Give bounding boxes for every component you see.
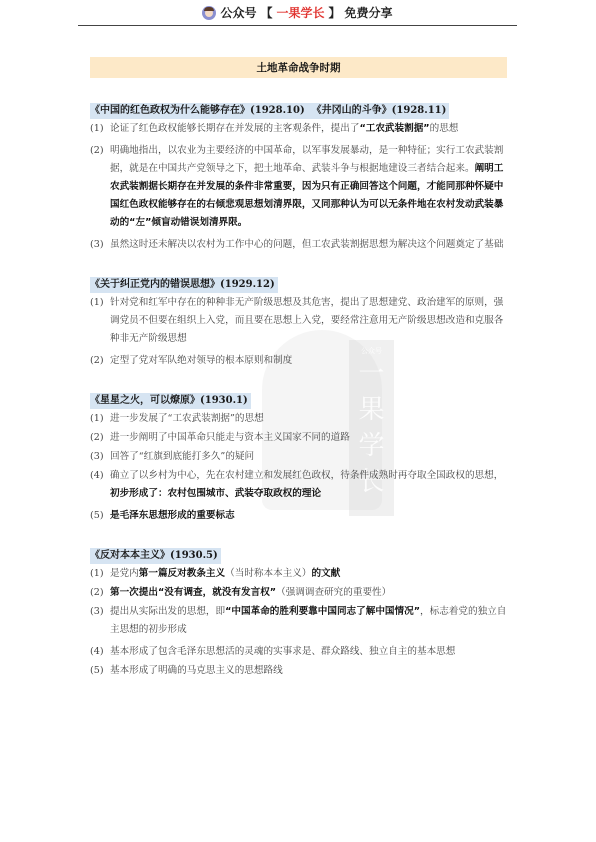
item-text: 针对党和红军中存在的种种非无产阶级思想及其危害，提出了思想建党、政治建军的原则，…: [110, 294, 510, 348]
heading-date: (1928.10): [250, 105, 305, 116]
list-item: (1) 是党内第一篇反对教条主义（当时称本本主义）的文献: [90, 565, 510, 583]
bold-run: “中国革命的胜利要靠中国同志了解中国情况”: [225, 606, 420, 617]
text-run: 的思想: [430, 123, 459, 134]
header-bracket-open: 【: [260, 4, 272, 21]
heading-title: 《星星之火，可以燎原》: [90, 395, 200, 406]
item-number: (2): [90, 584, 110, 602]
list-item: (4) 基本形成了包含毛泽东思想活的灵魂的实事求是、群众路线、独立自主的基本思想: [90, 643, 510, 661]
item-text: 确立了以乡村为中心，先在农村建立和发展红色政权，待条件成熟时再夺取全国政权的思想…: [110, 467, 510, 503]
bold-run: “工农武装割据”: [359, 123, 429, 134]
item-text: 论证了红色政权能够长期存在并发展的主客观条件，提出了“工农武装割据”的思想: [110, 120, 510, 138]
item-number: (1): [90, 565, 110, 583]
list-item: (3) 虽然这时还未解决以农村为工作中心的问题，但工农武装割据思想为解决这个问题…: [90, 236, 510, 254]
text-run: 论证了红色政权能够长期存在并发展的主客观条件，提出了: [110, 123, 359, 134]
section: 《星星之火，可以燎原》(1930.1) (1) 进一步发展了“工农武装割据”的思…: [90, 388, 510, 525]
item-text: 基本形成了明确的马克思主义的思想路线: [110, 662, 510, 680]
header-bracket-close: 】: [329, 4, 341, 21]
item-text: 第一次提出“没有调查，就没有发言权”（强调调查研究的重要性）: [110, 584, 510, 602]
item-number: (4): [90, 643, 110, 661]
item-text: 明确地指出，以农业为主要经济的中国革命，以军事发展暴动，是一种特征；实行工农武装…: [110, 142, 510, 232]
heading-date: (1930.1): [200, 395, 248, 406]
item-number: (5): [90, 507, 110, 525]
item-text: 是毛泽东思想形成的重要标志: [110, 507, 510, 525]
section: 《中国的红色政权为什么能够存在》(1928.10) 《井冈山的斗争》(1928.…: [90, 98, 510, 254]
item-text: 定型了党对军队绝对领导的根本原则和制度: [110, 352, 510, 370]
item-number: (1): [90, 294, 110, 348]
item-number: (3): [90, 448, 110, 466]
heading-date: (1929.12): [220, 279, 275, 290]
heading-date-2: (1928.11): [392, 105, 447, 116]
item-number: (1): [90, 120, 110, 138]
list-item: (4) 确立了以乡村为中心，先在农村建立和发展红色政权，待条件成熟时再夺取全国政…: [90, 467, 510, 503]
page-header: 公众号 【 一果学长 】 免费分享: [78, 0, 517, 26]
item-number: (2): [90, 429, 110, 447]
header-banner: 公众号 【 一果学长 】 免费分享: [202, 4, 392, 21]
avatar-icon: [202, 6, 216, 20]
list-item: (5) 是毛泽东思想形成的重要标志: [90, 507, 510, 525]
list-item: (3) 回答了“红旗到底能打多久”的疑问: [90, 448, 510, 466]
bold-run: 的文献: [311, 568, 340, 579]
section: 《关于纠正党内的错误思想》(1929.12) (1) 针对党和红军中存在的种种非…: [90, 272, 510, 370]
section-heading: 《反对本本主义》(1930.5): [90, 548, 221, 564]
section: 《反对本本主义》(1930.5) (1) 是党内第一篇反对教条主义（当时称本本主…: [90, 543, 510, 680]
section-heading: 《星星之火，可以燎原》(1930.1): [90, 393, 251, 409]
heading-title-2: 《井冈山的斗争》: [312, 105, 392, 116]
section-heading: 《中国的红色政权为什么能够存在》(1928.10) 《井冈山的斗争》(1928.…: [90, 103, 449, 119]
item-number: (2): [90, 352, 110, 370]
item-text: 进一步发展了“工农武装割据”的思想: [110, 410, 510, 428]
item-text: 虽然这时还未解决以农村为工作中心的问题，但工农武装割据思想为解决这个问题奠定了基…: [110, 236, 510, 254]
document-body: 《中国的红色政权为什么能够存在》(1928.10) 《井冈山的斗争》(1928.…: [90, 98, 510, 698]
item-text: 是党内第一篇反对教条主义（当时称本本主义）的文献: [110, 565, 510, 583]
header-brand: 一果学长: [276, 4, 324, 21]
item-text: 进一步阐明了中国革命只能走与资本主义国家不同的道路: [110, 429, 510, 447]
text-run: 确立了以乡村为中心，先在农村建立和发展红色政权，待条件成熟时再夺取全国政权的思想…: [110, 470, 503, 481]
list-item: (3) 提出从实际出发的思想，即“中国革命的胜利要靠中国同志了解中国情况”，标志…: [90, 603, 510, 639]
bold-run: 第一次提出“没有调查，就没有发言权”: [110, 587, 276, 598]
text-run: 提出从实际出发的思想，即: [110, 606, 225, 617]
bold-run: 第一篇反对教条主义: [139, 568, 225, 579]
section-heading: 《关于纠正党内的错误思想》(1929.12): [90, 277, 278, 293]
page-title: 土地革命战争时期: [90, 57, 507, 78]
list-item: (2) 第一次提出“没有调查，就没有发言权”（强调调查研究的重要性）: [90, 584, 510, 602]
list-item: (1) 论证了红色政权能够长期存在并发展的主客观条件，提出了“工农武装割据”的思…: [90, 120, 510, 138]
list-item: (1) 进一步发展了“工农武装割据”的思想: [90, 410, 510, 428]
item-text: 提出从实际出发的思想，即“中国革命的胜利要靠中国同志了解中国情况”，标志着党的独…: [110, 603, 510, 639]
list-item: (2) 明确地指出，以农业为主要经济的中国革命，以军事发展暴动，是一种特征；实行…: [90, 142, 510, 232]
item-number: (2): [90, 142, 110, 232]
item-number: (1): [90, 410, 110, 428]
list-item: (2) 进一步阐明了中国革命只能走与资本主义国家不同的道路: [90, 429, 510, 447]
header-suffix: 免费分享: [345, 4, 393, 21]
text-run: 是党内: [110, 568, 139, 579]
item-text: 基本形成了包含毛泽东思想活的灵魂的实事求是、群众路线、独立自主的基本思想: [110, 643, 510, 661]
text-run: （当时称本本主义）: [225, 568, 311, 579]
list-item: (5) 基本形成了明确的马克思主义的思想路线: [90, 662, 510, 680]
list-item: (2) 定型了党对军队绝对领导的根本原则和制度: [90, 352, 510, 370]
item-text: 回答了“红旗到底能打多久”的疑问: [110, 448, 510, 466]
item-number: (5): [90, 662, 110, 680]
text-run: 明确地指出，以农业为主要经济的中国革命，以军事发展暴动，是一种特征；实行工农武装…: [110, 145, 503, 174]
heading-title: 《反对本本主义》: [90, 550, 170, 561]
text-run: （强调调查研究的重要性）: [276, 587, 391, 598]
item-number: (3): [90, 236, 110, 254]
heading-title: 《中国的红色政权为什么能够存在》: [90, 105, 250, 116]
list-item: (1) 针对党和红军中存在的种种非无产阶级思想及其危害，提出了思想建党、政治建军…: [90, 294, 510, 348]
header-prefix: 公众号: [220, 4, 256, 21]
bold-run: 初步形成了：农村包围城市、武装夺取政权的理论: [110, 488, 321, 499]
item-number: (3): [90, 603, 110, 639]
heading-date: (1930.5): [170, 550, 218, 561]
heading-title: 《关于纠正党内的错误思想》: [90, 279, 220, 290]
item-number: (4): [90, 467, 110, 503]
